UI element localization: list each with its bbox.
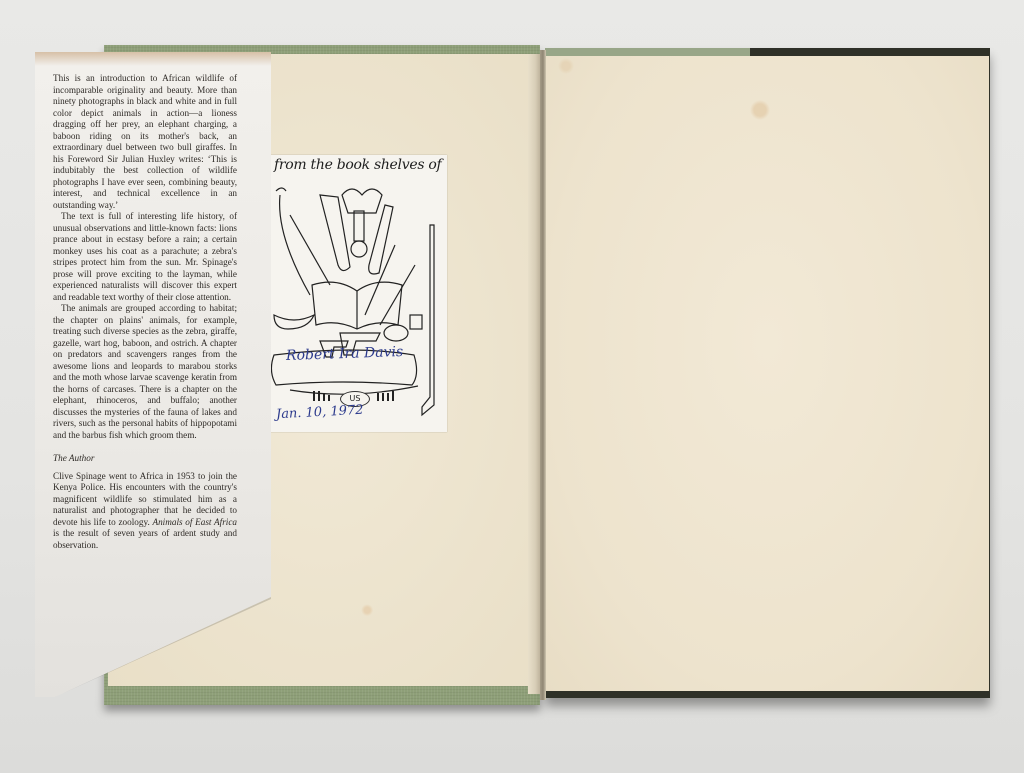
author-bio: Clive Spinage went to Africa in 1953 to … [53, 471, 237, 552]
blurb-paragraph: The text is full of interesting life his… [53, 211, 237, 303]
photo-scene: from the book shelves of US Robert Ira D… [0, 0, 1024, 773]
author-heading: The Author [53, 453, 237, 465]
flap-water-stain [35, 52, 271, 66]
bookplate-header: from the book shelves of [274, 157, 450, 173]
right-endpaper [546, 56, 989, 691]
bookplate: from the book shelves of US Robert Ira D… [270, 155, 447, 432]
blurb-paragraph: This is an introduction to African wildl… [53, 73, 237, 211]
green-cloth-edge-right [545, 48, 750, 56]
author-bio-text: is the result of seven years of ardent s… [53, 528, 237, 550]
flap-blurb: This is an introduction to African wildl… [53, 73, 237, 551]
gutter-shadow [528, 54, 540, 694]
book-title: Animals of East Africa [152, 517, 237, 527]
blurb-paragraph: The animals are grouped according to hab… [53, 303, 237, 441]
